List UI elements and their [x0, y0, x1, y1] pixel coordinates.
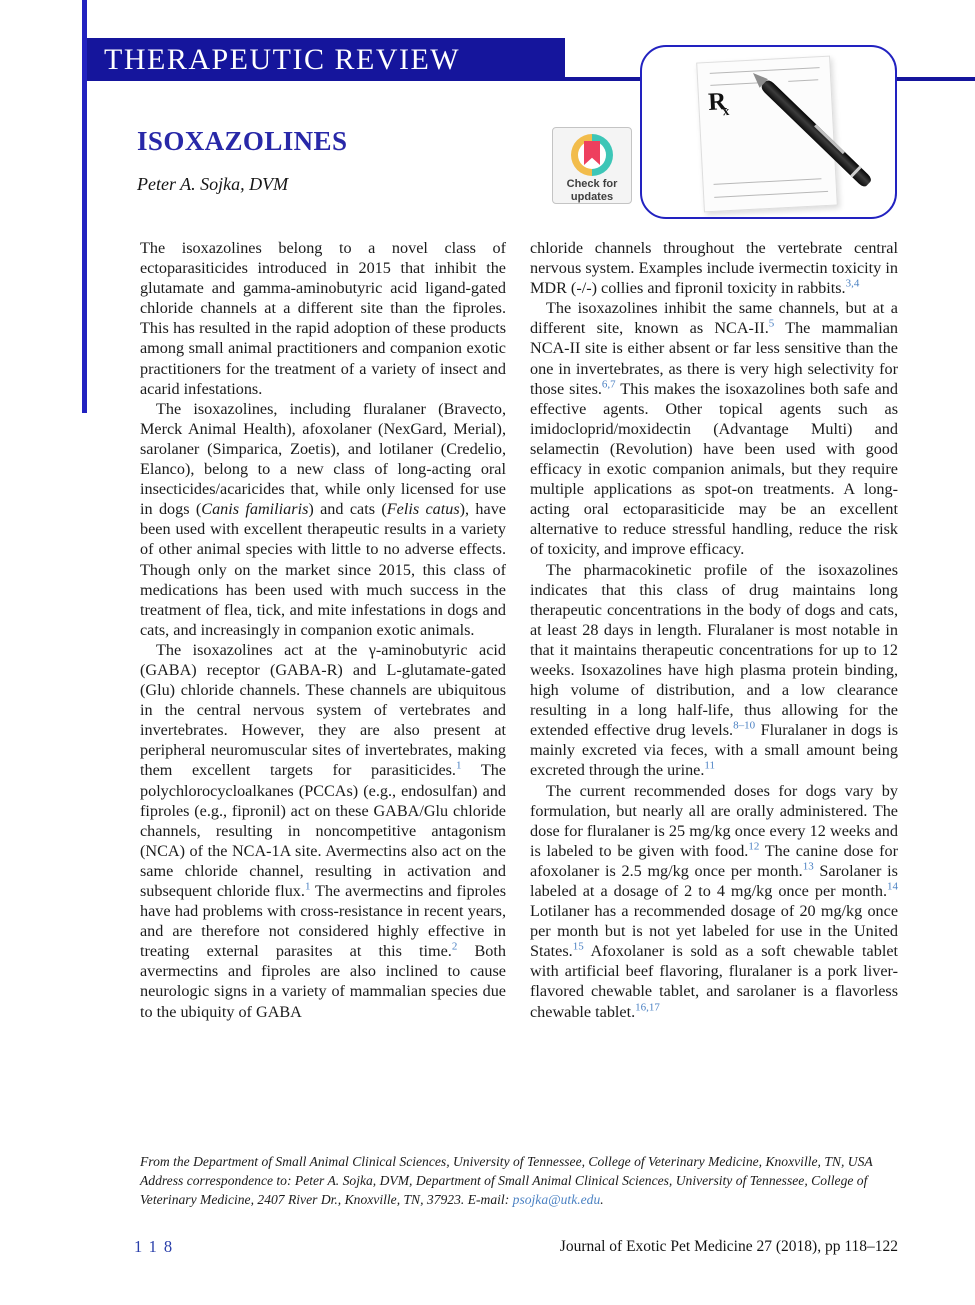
text-segment: From the Department of Small Animal Clin…: [140, 1154, 873, 1169]
reference-link[interactable]: 8–10: [733, 720, 755, 732]
reference-link[interactable]: 6,7: [602, 378, 616, 390]
affiliation-footnote: From the Department of Small Animal Clin…: [140, 1152, 915, 1209]
paragraph: From the Department of Small Animal Clin…: [140, 1152, 915, 1171]
section-banner-title: THERAPEUTIC REVIEW: [104, 43, 460, 77]
body-column-left: The isoxazolines belong to a novel class…: [140, 238, 506, 1022]
reference-link[interactable]: 12: [748, 840, 759, 852]
reference-link[interactable]: 14: [887, 881, 898, 893]
page-number: 118: [134, 1237, 179, 1257]
pad-line: [788, 79, 818, 82]
reference-link[interactable]: 15: [573, 941, 584, 953]
crossmark-icon: [571, 134, 613, 176]
reference-link[interactable]: 3,4: [846, 278, 860, 290]
article-author: Peter A. Sojka, DVM: [137, 174, 288, 195]
check-for-updates-badge[interactable]: Check for updates: [552, 127, 632, 204]
paragraph: The isoxazolines belong to a novel class…: [140, 238, 506, 399]
pad-line: [714, 191, 828, 198]
email-link[interactable]: psojka@utk.edu: [513, 1192, 601, 1207]
paragraph: The isoxazolines inhibit the same channe…: [530, 298, 898, 559]
italic-text: Felis catus: [387, 500, 460, 518]
pad-line: [714, 178, 822, 185]
text-segment: The isoxazolines act at the γ-aminobutyr…: [140, 641, 506, 780]
text-segment: ), have been used with excellent therape…: [140, 500, 506, 639]
text-segment: .: [600, 1192, 603, 1207]
badge-text-line2: updates: [553, 191, 631, 204]
badge-text-line1: Check for: [553, 178, 631, 191]
journal-page: THERAPEUTIC REVIEW Rx Check for upd: [0, 0, 975, 1305]
text-segment: The pharmacokinetic profile of the isoxa…: [530, 561, 898, 740]
text-segment: The polychlorocycloalkanes (PCCAs) (e.g.…: [140, 761, 506, 900]
reference-link[interactable]: 16,17: [635, 1001, 660, 1013]
text-segment: Address correspondence to: Peter A. Sojk…: [140, 1173, 867, 1207]
body-column-right: chloride channels throughout the vertebr…: [530, 238, 898, 1022]
text-segment: This makes the isoxazolines both safe an…: [530, 380, 898, 559]
italic-text: Canis familiaris: [201, 500, 308, 518]
journal-citation: Journal of Exotic Pet Medicine 27 (2018)…: [560, 1238, 898, 1256]
paragraph: chloride channels throughout the vertebr…: [530, 238, 898, 298]
article-title: ISOXAZOLINES: [137, 126, 347, 157]
paragraph: The isoxazolines act at the γ-aminobutyr…: [140, 640, 506, 1022]
pad-line: [710, 67, 820, 74]
section-banner: THERAPEUTIC REVIEW: [87, 38, 565, 81]
reference-link[interactable]: 13: [803, 861, 814, 873]
text-segment: Afoxolaner is sold as a soft chewable ta…: [530, 942, 898, 1020]
text-segment: chloride channels throughout the vertebr…: [530, 239, 898, 297]
rx-symbol-x: x: [722, 103, 729, 118]
paragraph: The isoxazolines, including fluralaner (…: [140, 399, 506, 640]
prescription-illustration: Rx: [640, 45, 897, 219]
paragraph: The current recommended doses for dogs v…: [530, 781, 898, 1022]
reference-link[interactable]: 11: [704, 760, 715, 772]
paragraph: Address correspondence to: Peter A. Sojk…: [140, 1171, 915, 1209]
paragraph: The pharmacokinetic profile of the isoxa…: [530, 560, 898, 781]
pen-band: [850, 166, 861, 177]
rx-symbol: Rx: [708, 88, 730, 120]
text-segment: ) and cats (: [308, 500, 386, 518]
text-segment: The isoxazolines belong to a novel class…: [140, 239, 506, 398]
